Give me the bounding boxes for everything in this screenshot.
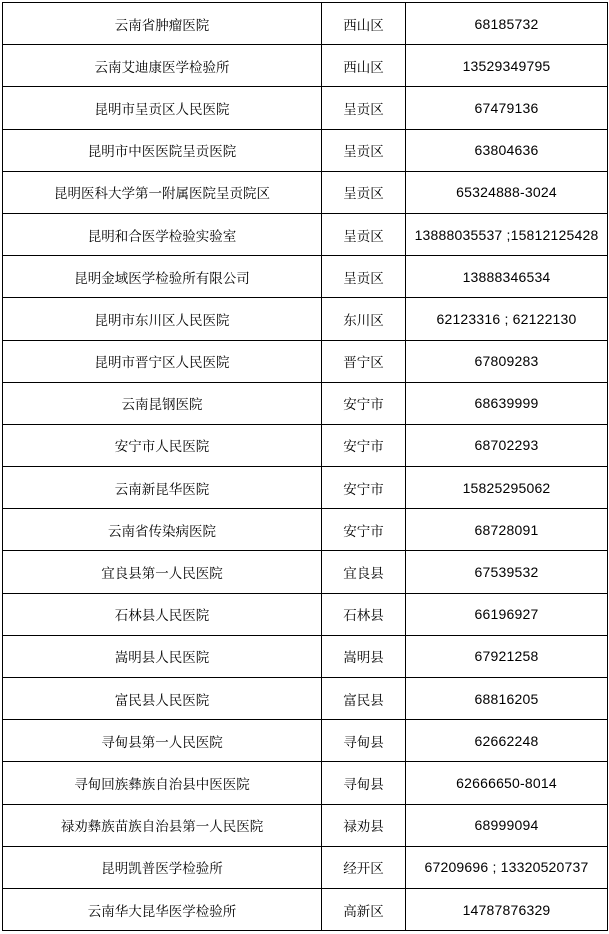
district-cell: 晋宁区 — [322, 340, 406, 382]
table-row: 昆明和合医学检验实验室呈贡区13888035537 ;15812125428 — [3, 213, 608, 255]
district-cell: 嵩明县 — [322, 635, 406, 677]
district-cell: 宜良县 — [322, 551, 406, 593]
phone-cell: 62662248 — [406, 720, 608, 762]
table-row: 昆明医科大学第一附属医院呈贡院区呈贡区65324888-3024 — [3, 171, 608, 213]
district-cell: 东川区 — [322, 298, 406, 340]
district-cell: 石林县 — [322, 593, 406, 635]
phone-cell: 68185732 — [406, 3, 608, 45]
table-row: 宜良县第一人民医院宜良县67539532 — [3, 551, 608, 593]
phone-cell: 68816205 — [406, 678, 608, 720]
institution-name-cell: 云南昆钢医院 — [3, 382, 322, 424]
institution-name-cell: 宜良县第一人民医院 — [3, 551, 322, 593]
phone-cell: 67539532 — [406, 551, 608, 593]
district-cell: 呈贡区 — [322, 256, 406, 298]
table-row: 昆明市晋宁区人民医院晋宁区67809283 — [3, 340, 608, 382]
institution-name-cell: 石林县人民医院 — [3, 593, 322, 635]
institution-name-cell: 云南艾迪康医学检验所 — [3, 45, 322, 87]
phone-cell: 67479136 — [406, 87, 608, 129]
institution-name-cell: 禄劝彝族苗族自治县第一人民医院 — [3, 804, 322, 846]
district-cell: 富民县 — [322, 678, 406, 720]
phone-cell: 68639999 — [406, 382, 608, 424]
table-row: 寻甸县第一人民医院寻甸县62662248 — [3, 720, 608, 762]
district-cell: 经开区 — [322, 846, 406, 888]
table-row: 云南省传染病医院安宁市68728091 — [3, 509, 608, 551]
phone-cell: 15825295062 — [406, 467, 608, 509]
table-row: 云南华大昆华医学检验所高新区14787876329 — [3, 888, 608, 930]
table-row: 云南新昆华医院安宁市15825295062 — [3, 467, 608, 509]
district-cell: 安宁市 — [322, 509, 406, 551]
phone-cell: 63804636 — [406, 129, 608, 171]
table-row: 昆明市中医医院呈贡医院呈贡区63804636 — [3, 129, 608, 171]
phone-cell: 13888035537 ;15812125428 — [406, 213, 608, 255]
district-cell: 西山区 — [322, 45, 406, 87]
institution-name-cell: 昆明市晋宁区人民医院 — [3, 340, 322, 382]
institution-name-cell: 寻甸县第一人民医院 — [3, 720, 322, 762]
district-cell: 呈贡区 — [322, 87, 406, 129]
phone-cell: 62666650-8014 — [406, 762, 608, 804]
district-cell: 呈贡区 — [322, 213, 406, 255]
phone-cell: 65324888-3024 — [406, 171, 608, 213]
phone-cell: 67809283 — [406, 340, 608, 382]
table-row: 禄劝彝族苗族自治县第一人民医院禄劝县68999094 — [3, 804, 608, 846]
phone-cell: 67209696 ; 13320520737 — [406, 846, 608, 888]
phone-cell: 66196927 — [406, 593, 608, 635]
district-cell: 安宁市 — [322, 424, 406, 466]
district-cell: 呈贡区 — [322, 129, 406, 171]
phone-cell: 62123316 ; 62122130 — [406, 298, 608, 340]
table-body: 云南省肿瘤医院西山区68185732云南艾迪康医学检验所西山区135293497… — [3, 3, 608, 931]
table-row: 昆明金域医学检验所有限公司呈贡区13888346534 — [3, 256, 608, 298]
institution-name-cell: 嵩明县人民医院 — [3, 635, 322, 677]
table-row: 云南艾迪康医学检验所西山区13529349795 — [3, 45, 608, 87]
institution-name-cell: 昆明凯普医学检验所 — [3, 846, 322, 888]
institution-name-cell: 昆明金域医学检验所有限公司 — [3, 256, 322, 298]
district-cell: 寻甸县 — [322, 720, 406, 762]
testing-institutions-table: 云南省肿瘤医院西山区68185732云南艾迪康医学检验所西山区135293497… — [2, 2, 608, 931]
institution-name-cell: 云南新昆华医院 — [3, 467, 322, 509]
phone-cell: 68999094 — [406, 804, 608, 846]
district-cell: 西山区 — [322, 3, 406, 45]
institution-name-cell: 富民县人民医院 — [3, 678, 322, 720]
institution-name-cell: 昆明市呈贡区人民医院 — [3, 87, 322, 129]
district-cell: 禄劝县 — [322, 804, 406, 846]
table-row: 安宁市人民医院安宁市68702293 — [3, 424, 608, 466]
table-row: 昆明市东川区人民医院东川区62123316 ; 62122130 — [3, 298, 608, 340]
district-cell: 呈贡区 — [322, 171, 406, 213]
table-row: 富民县人民医院富民县68816205 — [3, 678, 608, 720]
institution-name-cell: 云南省传染病医院 — [3, 509, 322, 551]
institution-name-cell: 寻甸回族彝族自治县中医医院 — [3, 762, 322, 804]
phone-cell: 67921258 — [406, 635, 608, 677]
table-row: 嵩明县人民医院嵩明县67921258 — [3, 635, 608, 677]
institution-name-cell: 昆明市中医医院呈贡医院 — [3, 129, 322, 171]
institution-name-cell: 安宁市人民医院 — [3, 424, 322, 466]
institution-name-cell: 云南省肿瘤医院 — [3, 3, 322, 45]
institution-name-cell: 昆明市东川区人民医院 — [3, 298, 322, 340]
institution-name-cell: 云南华大昆华医学检验所 — [3, 888, 322, 930]
table-row: 昆明市呈贡区人民医院呈贡区67479136 — [3, 87, 608, 129]
phone-cell: 13888346534 — [406, 256, 608, 298]
phone-cell: 14787876329 — [406, 888, 608, 930]
district-cell: 高新区 — [322, 888, 406, 930]
district-cell: 安宁市 — [322, 467, 406, 509]
institution-name-cell: 昆明医科大学第一附属医院呈贡院区 — [3, 171, 322, 213]
table-row: 云南省肿瘤医院西山区68185732 — [3, 3, 608, 45]
table-row: 昆明凯普医学检验所经开区67209696 ; 13320520737 — [3, 846, 608, 888]
district-cell: 寻甸县 — [322, 762, 406, 804]
table-row: 石林县人民医院石林县66196927 — [3, 593, 608, 635]
phone-cell: 68702293 — [406, 424, 608, 466]
district-cell: 安宁市 — [322, 382, 406, 424]
phone-cell: 68728091 — [406, 509, 608, 551]
table-row: 云南昆钢医院安宁市68639999 — [3, 382, 608, 424]
table-row: 寻甸回族彝族自治县中医医院寻甸县62666650-8014 — [3, 762, 608, 804]
phone-cell: 13529349795 — [406, 45, 608, 87]
institution-name-cell: 昆明和合医学检验实验室 — [3, 213, 322, 255]
